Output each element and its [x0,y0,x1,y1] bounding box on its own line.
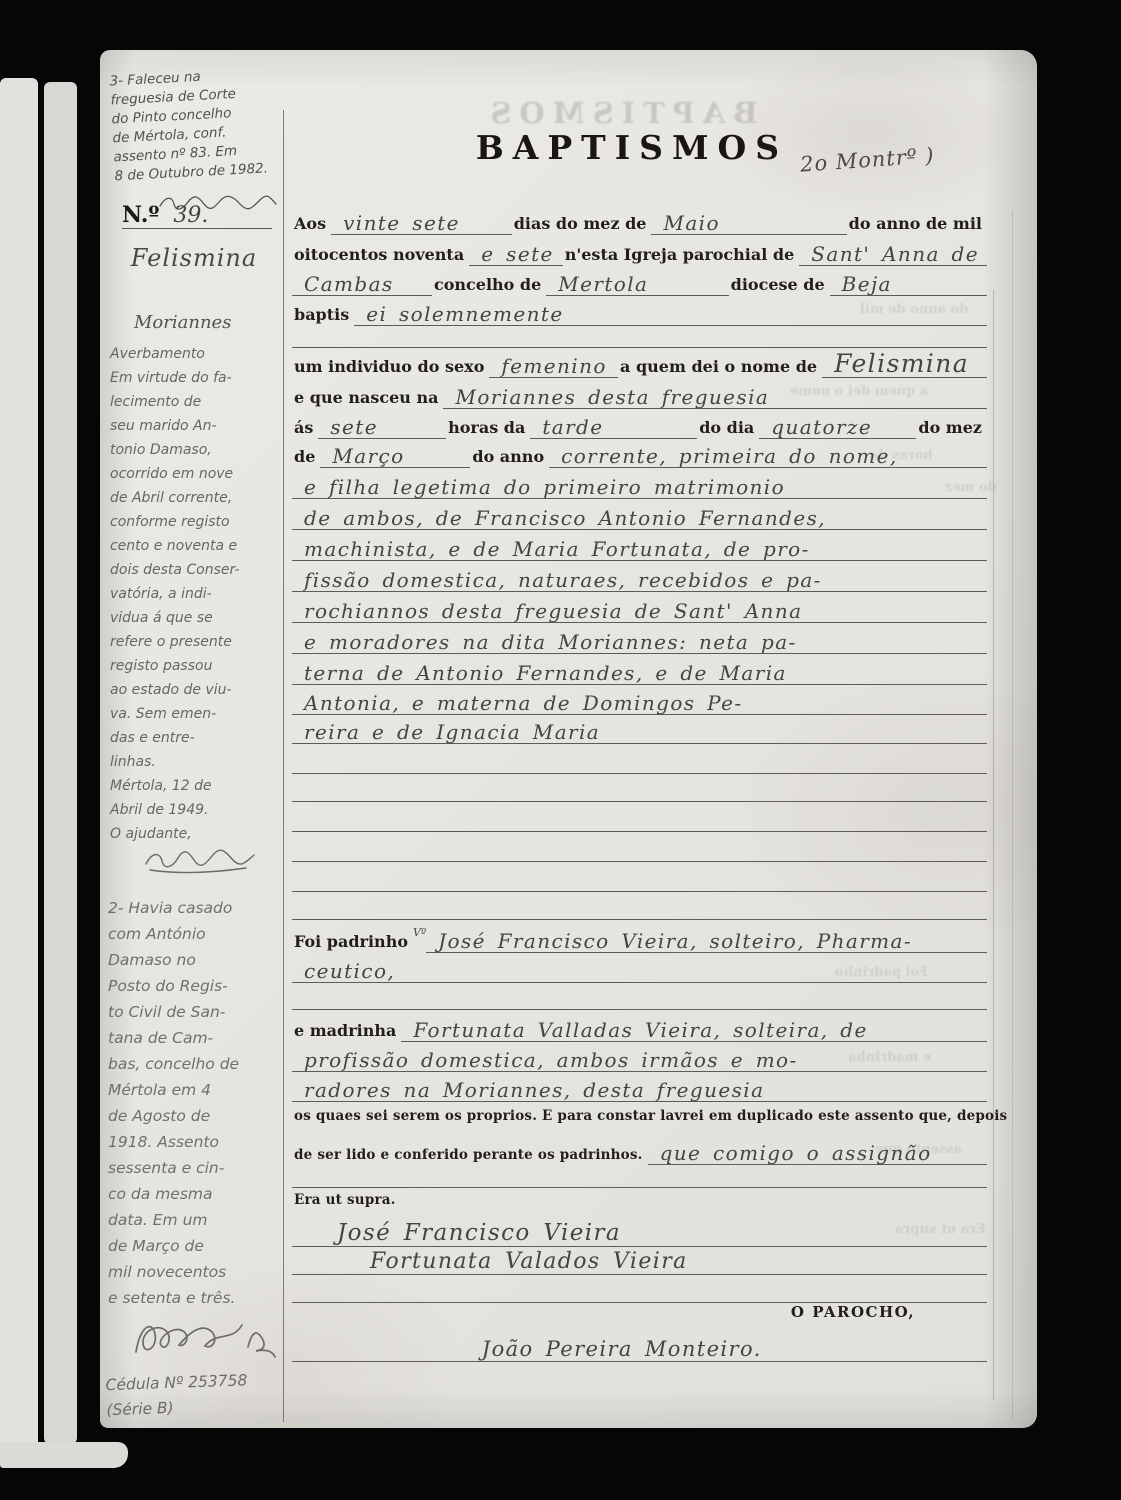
form-row: machinista, e de Maria Fortunata, de pro… [292,533,987,561]
ruled-line [770,1361,987,1362]
note-line: lecimento de [110,390,284,414]
page-crease [1012,210,1013,1420]
handwritten-entry: tarde [530,417,697,439]
handwritten-entry: machinista, e de Maria Fortunata, de pro… [292,539,987,561]
correction-mark: Vº [413,926,426,939]
form-row: Aosvinte setedias do mez deMaiodo anno d… [292,207,987,235]
handwritten-entry: e moradores na dita Moriannes: neta pa- [292,632,987,654]
ruled-line [292,861,987,862]
form-row: oitocentos noventae seten'esta Igreja pa… [292,238,987,266]
note-line: Mértola, 12 de [110,774,284,798]
handwritten-entry: Maio [651,213,846,235]
margin-baptized-name: Felismina [108,244,280,272]
note-line: ao estado de viu- [110,678,284,702]
handwritten-entry: corrente, primeira do nome, [549,446,987,468]
note-line: O ajudante, [110,822,284,846]
printed-label: do dia [697,419,759,439]
form-row [292,1160,987,1188]
handwritten-entry: Fortunata Valados Vieira [292,1251,858,1275]
number-value: 39. [173,203,208,228]
note-line: sessenta e cin- [108,1155,284,1181]
printed-label: ás [292,419,318,439]
printed-label: diocese de [729,276,830,296]
handwritten-entry: femenino [489,356,618,378]
handwritten-entry: Fortunata Valladas Vieira, solteira, de [401,1020,987,1042]
form-row: e filha legetima do primeiro matrimonio [292,471,987,499]
note-line: das e entre- [110,726,284,750]
book-leaf-edge [44,82,77,1444]
note-line: mil novecentos [108,1259,284,1285]
note-line: data. Em um [108,1207,284,1233]
handwritten-entry: profissão domestica, ambos irmãos e mo- [292,1050,987,1072]
ruled-line [292,831,987,832]
note-line: linhas. [110,750,284,774]
printed-label: do anno [470,448,549,468]
signature-scrawl [142,846,262,874]
handwritten-entry: rochiannos desta freguesia de Sant' Anna [292,601,987,623]
handwritten-entry: vinte sete [331,213,512,235]
form-row [292,1275,987,1303]
note-line: va. Sem emen- [110,702,284,726]
form-row: João Pereira Monteiro. [292,1332,987,1362]
form-row: ceutico, [292,955,987,983]
form-row: Antonia, e materna de Domingos Pe- [292,687,987,715]
ruled-line [292,1361,470,1362]
printed-label: Era ut supra. [292,1193,401,1210]
note-line: Abril de 1949. [110,798,284,822]
form-row: radores na Moriannes, desta freguesia [292,1074,987,1102]
note-line: cento e noventa e [110,534,284,558]
form-row [292,746,987,774]
printed-label: os quaes sei serem os proprios. E para c… [292,1109,1012,1126]
handwritten-entry: Março [320,446,470,468]
handwritten-entry: terna de Antonio Fernandes, e de Maria [292,663,987,685]
form-row: e madrinhaFortunata Valladas Vieira, sol… [292,1012,987,1042]
margin-note-marriage: 2- Havia casadocom AntónioDamaso noPosto… [108,895,284,1311]
page-crease [993,290,994,1400]
printed-label: e madrinha [292,1022,401,1042]
bleedthrough-title: BAPTISMOS [340,96,900,130]
signature-scrawl [128,1312,283,1368]
note-line: Mértola em 4 [108,1077,284,1103]
margin-place-note: Moriannes [134,312,231,333]
handwritten-entry: Sant' Anna de [799,244,987,266]
handwritten-entry: fissão domestica, naturaes, recebidos e … [292,570,987,592]
record-number: N.º 39. [122,202,272,229]
handwritten-entry: radores na Moriannes, desta freguesia [292,1080,832,1102]
note-line: registo passou [110,654,284,678]
note-line: vidua á que se [110,606,284,630]
note-line: seu marido An- [110,414,284,438]
note-line: (Série B) [106,1392,291,1423]
printed-label: a quem dei o nome de [618,358,822,378]
printed-label: de [292,448,320,468]
handwritten-entry: de ambos, de Francisco Antonio Fernandes… [292,508,987,530]
note-line: dois desta Conser- [110,558,284,582]
form-row: Cambasconcelho deMertoladiocese deBeja [292,268,987,296]
ruled-line [292,1009,987,1010]
form-row: reira e de Ignacia Maria [292,716,987,744]
note-line: ocorrido em nove [110,462,284,486]
handwritten-entry: quatorze [759,417,916,439]
printed-label: n'esta Igreja parochial de [563,246,800,266]
form-row: ássetehoras datardedo diaquatorzedo mez [292,411,987,439]
form-row: Fortunata Valados Vieira [292,1245,987,1275]
note-line: Posto do Regis- [108,973,284,999]
form-row [292,320,987,348]
note-line: conforme registo [110,510,284,534]
printed-label: dias do mez de [512,215,652,235]
form-row: e moradores na dita Moriannes: neta pa- [292,626,987,654]
handwritten-entry: reira e de Ignacia Maria [292,722,742,744]
handwritten-entry: João Pereira Monteiro. [470,1339,770,1362]
note-line: e setenta e três. [108,1285,284,1311]
handwritten-entry: e filha legetima do primeiro matrimonio [292,477,987,499]
note-line: Damaso no [108,947,284,973]
book-leaf-edge [0,78,38,1450]
handwritten-entry: e sete [469,244,563,266]
note-line: Averbamento [110,342,284,366]
handwritten-entry: Beja [830,274,987,296]
note-line: vatória, a indi- [110,582,284,606]
scanned-baptism-record: BAPTISMOS BAPTISMOS 2o Montrº ) 3- Falec… [0,0,1121,1500]
note-line: Em virtude do fa- [110,366,284,390]
handwritten-entry: Antonia, e materna de Domingos Pe- [292,693,987,715]
note-line: de Março de [108,1233,284,1259]
book-leaf-edge [0,1442,128,1468]
record-page: BAPTISMOS BAPTISMOS 2o Montrº ) 3- Falec… [100,50,1037,1428]
printed-label: e que nasceu na [292,389,443,409]
handwritten-entry: Moriannes desta freguesia [443,387,987,409]
handwritten-entry: Cambas [292,274,432,296]
printed-label: do mez [916,419,987,439]
printed-label: horas da [446,419,530,439]
form-row [292,892,987,920]
form-row: fissão domestica, naturaes, recebidos e … [292,564,987,592]
number-label: N.º [122,202,173,228]
form-row: O PAROCHO, [292,1300,1121,1322]
form-row [292,834,987,862]
printed-label: concelho de [432,276,546,296]
form-row: de ambos, de Francisco Antonio Fernandes… [292,502,987,530]
form-row [292,804,987,832]
handwritten-entry: José Francisco Vieira, solteiro, Pharma- [426,931,987,953]
form-row: Foi padrinhoVºJosé Francisco Vieira, sol… [292,923,987,953]
ruled-line [292,919,987,920]
form-row: deMarçodo annocorrente, primeira do nome… [292,440,987,468]
note-line: refere o presente [110,630,284,654]
handwritten-entry: ceutico, [292,961,542,983]
note-line: bas, concelho de [108,1051,284,1077]
printed-label: do anno de mil [847,215,987,235]
note-line: de Abril corrente, [110,486,284,510]
ruled-line [292,801,987,802]
form-row: Era ut supra. [292,1186,987,1210]
printed-label: Foi padrinho [292,933,413,953]
printed-label: O PAROCHO, [789,1304,920,1323]
note-line: co da mesma [108,1181,284,1207]
handwritten-entry: José Francisco Vieira [292,1222,775,1247]
printed-label: um individuo do sexo [292,358,489,378]
form-row [292,982,987,1010]
note-line: tonio Damaso, [110,438,284,462]
printed-label: Aos [292,215,331,235]
form-row: e que nasceu naMoriannes desta freguesia [292,381,987,409]
handwritten-entry: sete [318,417,446,439]
form-row: os quaes sei serem os proprios. E para c… [292,1102,987,1126]
form-row: terna de Antonio Fernandes, e de Maria [292,657,987,685]
form-row: José Francisco Vieira [292,1213,987,1247]
margin-note-cedula: Cédula Nº 253758(Série B) [105,1367,291,1423]
note-line: 1918. Assento [108,1129,284,1155]
form-row [292,774,987,802]
note-line: to Civil de San- [108,999,284,1025]
form-row: um individuo do sexofemeninoa quem dei o… [292,348,987,378]
form-row: profissão domestica, ambos irmãos e mo- [292,1044,987,1072]
form-row [292,864,987,892]
handwritten-entry: Mertola [546,274,728,296]
note-line: tana de Cam- [108,1025,284,1051]
printed-label: oitocentos noventa [292,246,469,266]
handwritten-entry: Felismina [822,351,987,378]
note-line: de Agosto de [108,1103,284,1129]
form-row: rochiannos desta freguesia de Sant' Anna [292,595,987,623]
ruled-line [742,743,987,744]
note-line: 2- Havia casado [108,895,284,921]
margin-note-widowhood: AverbamentoEm virtude do fa-lecimento de… [110,342,284,846]
note-line: com António [108,921,284,947]
margin-note-death: 3- Faleceu nafreguesia de Cortedo Pinto … [109,64,285,187]
